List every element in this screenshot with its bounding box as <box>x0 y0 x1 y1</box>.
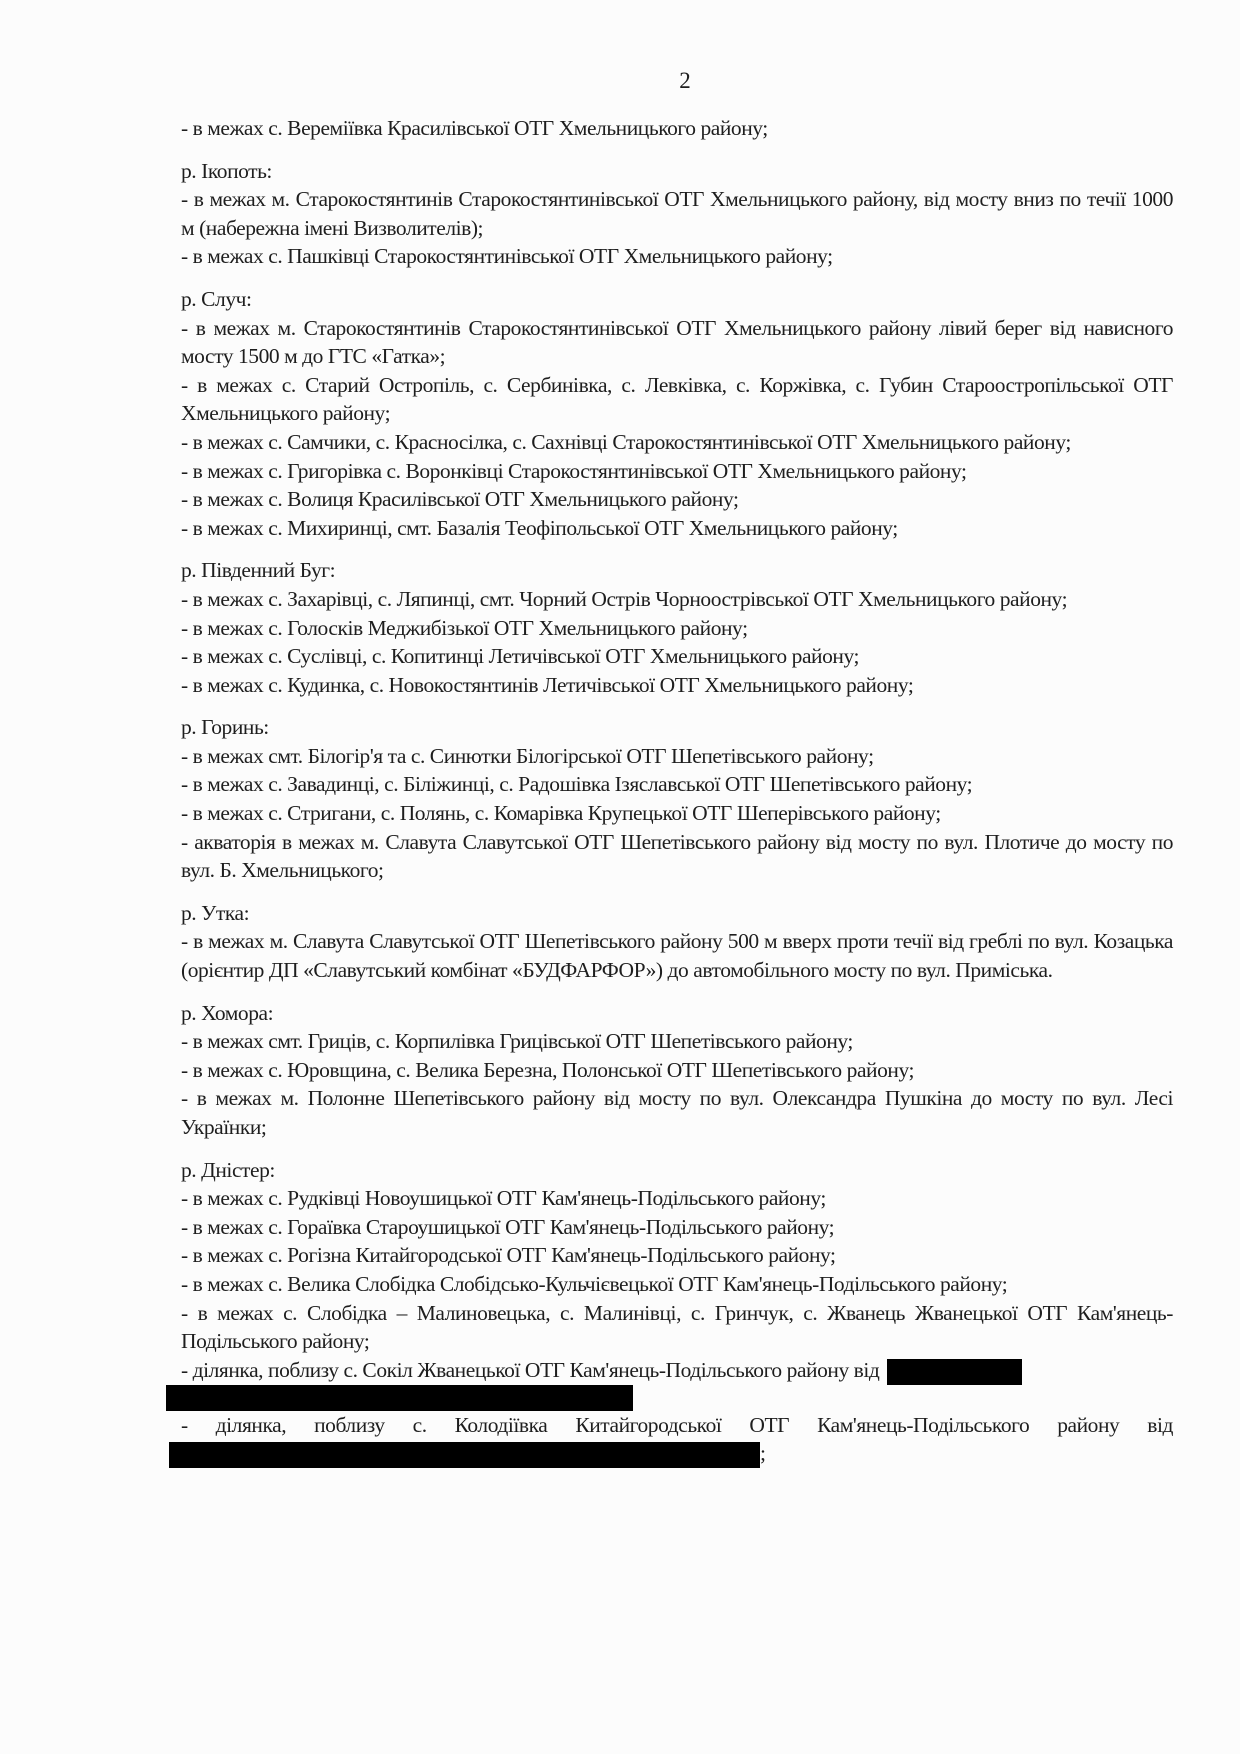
river-heading: р. Південний Буг: <box>181 556 1173 585</box>
page-number: 2 <box>0 66 1240 96</box>
intro-section: - в межах с. Вереміївка Красилівської ОТ… <box>181 114 1173 143</box>
list-item: - в межах м. Старокостянтинів Старокостя… <box>181 314 1173 371</box>
redaction-bar <box>166 1385 633 1411</box>
list-item: - в межах с. Завадинці, с. Біліжинці, с.… <box>181 770 1173 799</box>
list-item: - в межах с. Слобідка – Малиновецька, с.… <box>181 1299 1173 1356</box>
list-item: - в межах с. Волиця Красилівської ОТГ Хм… <box>181 485 1173 514</box>
river-heading: р. Утка: <box>181 899 1173 928</box>
list-item: - в межах с. Григорівка с. Воронківці Ст… <box>181 457 1173 486</box>
redacted-list-item: - ділянка, поблизу с. Колодіївка Китайго… <box>181 1411 1173 1440</box>
section-dnister: р. Дністер: - в межах с. Рудківці Новоуш… <box>181 1156 1173 1469</box>
redaction-bar <box>169 1442 760 1468</box>
list-item: - в межах м. Славута Славутської ОТГ Шеп… <box>181 927 1173 984</box>
redacted-list-item: - ділянка, поблизу с. Сокіл Жванецької О… <box>181 1356 1173 1411</box>
section-utka: р. Утка: - в межах м. Славута Славутсько… <box>181 899 1173 985</box>
list-item: - в межах м. Полонне Шепетівського район… <box>181 1084 1173 1141</box>
list-item: - в межах с. Захарівці, с. Ляпинці, смт.… <box>181 585 1173 614</box>
section-khomora: р. Хомора: - в межах смт. Гриців, с. Кор… <box>181 999 1173 1142</box>
list-item-text: - ділянка, поблизу с. Колодіївка Китайго… <box>181 1413 1173 1437</box>
list-item: - в межах с. Самчики, с. Красносілка, с.… <box>181 428 1173 457</box>
list-item: - в межах м. Старокостянтинів Старокостя… <box>181 185 1173 242</box>
list-item: - в межах с. Голосків Меджибізької ОТГ Х… <box>181 614 1173 643</box>
river-heading: р. Случ: <box>181 285 1173 314</box>
list-item: - акваторія в межах м. Славута Славутськ… <box>181 828 1173 885</box>
section-pivdennyi-buh: р. Південний Буг: - в межах с. Захарівці… <box>181 556 1173 699</box>
river-heading: р. Ікопоть: <box>181 157 1173 186</box>
list-item-text: - ділянка, поблизу с. Сокіл Жванецької О… <box>181 1358 879 1382</box>
redaction-bar <box>887 1359 1022 1385</box>
list-item: - в межах смт. Білогір'я та с. Синютки Б… <box>181 742 1173 771</box>
list-item: - в межах смт. Гриців, с. Корпилівка Гри… <box>181 1027 1173 1056</box>
list-item: - в межах с. Стригани, с. Полянь, с. Ком… <box>181 799 1173 828</box>
list-item: - в межах с. Кудинка, с. Новокостянтинів… <box>181 671 1173 700</box>
document-page: 2 - в межах с. Вереміївка Красилівської … <box>0 0 1240 1754</box>
list-item: - в межах с. Старий Остропіль, с. Сербин… <box>181 371 1173 428</box>
document-body: - в межах с. Вереміївка Красилівської ОТ… <box>181 114 1173 1482</box>
list-item: - в межах с. Гораївка Староушицької ОТГ … <box>181 1213 1173 1242</box>
section-ikopot: р. Ікопоть: - в межах м. Старокостянтині… <box>181 157 1173 271</box>
list-item: - в межах с. Вереміївка Красилівської ОТ… <box>181 114 1173 143</box>
river-heading: р. Дністер: <box>181 1156 1173 1185</box>
list-item: - в межах с. Михиринці, смт. Базалія Тео… <box>181 514 1173 543</box>
section-horyn: р. Горинь: - в межах смт. Білогір'я та с… <box>181 713 1173 885</box>
list-item: - в межах с. Велика Слобідка Слобідсько-… <box>181 1270 1173 1299</box>
river-heading: р. Хомора: <box>181 999 1173 1028</box>
list-item: - в межах с. Пашківці Старокостянтинівсь… <box>181 242 1173 271</box>
list-item: - в межах с. Юровщина, с. Велика Березна… <box>181 1056 1173 1085</box>
section-sluch: р. Случ: - в межах м. Старокостянтинів С… <box>181 285 1173 542</box>
list-item: - в межах с. Суслівці, с. Копитинці Лети… <box>181 642 1173 671</box>
list-item: - в межах с. Рогізна Китайгородської ОТГ… <box>181 1241 1173 1270</box>
river-heading: р. Горинь: <box>181 713 1173 742</box>
redacted-list-item-continuation: ; <box>181 1439 1173 1468</box>
list-item: - в межах с. Рудківці Новоушицької ОТГ К… <box>181 1184 1173 1213</box>
list-item-tail: ; <box>760 1441 766 1465</box>
